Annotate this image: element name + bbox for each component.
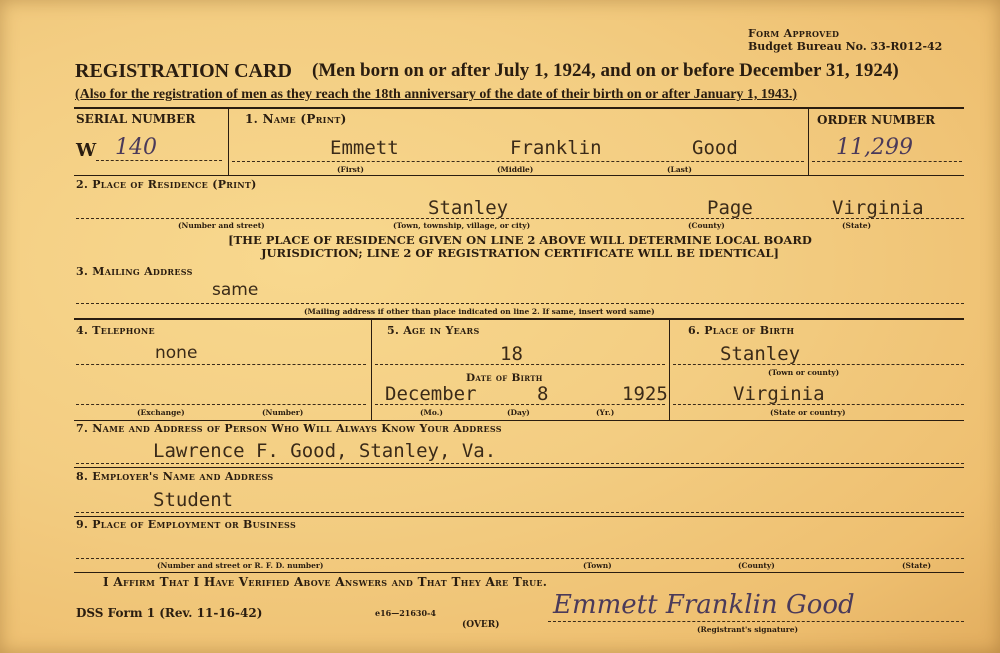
signature-line: [548, 621, 964, 622]
header-rule: [74, 107, 964, 109]
exchange-caption: (Exchange): [137, 408, 185, 417]
form-id: DSS Form 1 (Rev. 11-16-42): [76, 606, 262, 620]
registrant-signature: Emmett Franklin Good: [553, 590, 855, 620]
row-rule: [74, 175, 964, 176]
mailing-caption: (Mailing address if other than place ind…: [304, 307, 655, 316]
employment-street-caption: (Number and street or R. F. D. number): [157, 561, 323, 570]
form-approved-label: Form Approved: [748, 28, 839, 40]
row-rule: [74, 516, 964, 517]
divider: [808, 108, 809, 175]
residence-town-value: Stanley: [428, 197, 508, 219]
jurisdiction-notice-line2: JURISDICTION; LINE 2 OF REGISTRATION CER…: [140, 247, 900, 260]
affirmation-text: I Affirm That I Have Verified Above Answ…: [103, 575, 547, 589]
contact-person-label: 7. Name and Address of Person Who Will A…: [76, 422, 502, 435]
order-number-label: ORDER NUMBER: [817, 113, 935, 127]
birth-day-value: 8: [537, 383, 548, 405]
middle-caption: (Middle): [497, 165, 533, 174]
row-rule: [74, 572, 964, 573]
mailing-field-line: [76, 303, 964, 304]
age-field-line: [375, 364, 665, 365]
birth-state-value: Virginia: [733, 383, 825, 405]
employment-town-caption: (Town): [583, 561, 612, 570]
telephone-number-line: [76, 404, 366, 405]
card-title: REGISTRATION CARD: [75, 60, 292, 83]
birth-state-line: [673, 404, 964, 405]
serial-prefix: W: [76, 140, 96, 161]
employment-field-line: [76, 558, 964, 559]
employment-place-label: 9. Place of Employment or Business: [76, 518, 296, 531]
year-caption: (Yr.): [596, 408, 614, 417]
employer-label: 8. Employer's Name and Address: [76, 470, 273, 483]
telephone-value: none: [155, 343, 197, 363]
number-caption: (Number): [262, 408, 303, 417]
serial-number-label: SERIAL NUMBER: [76, 112, 195, 126]
over-label: (OVER): [462, 620, 500, 630]
card-title-scope: (Men born on or after July 1, 1924, and …: [312, 60, 899, 82]
birth-town-line: [673, 364, 964, 365]
serial-number-value: 140: [115, 135, 157, 160]
card-subtitle: (Also for the registration of men as the…: [75, 87, 797, 103]
employment-county-caption: (County): [738, 561, 775, 570]
date-of-birth-label: Date of Birth: [466, 372, 543, 384]
age-label: 5. Age in Years: [387, 324, 480, 337]
employment-state-caption: (State): [902, 561, 931, 570]
row-rule: [74, 467, 964, 468]
telephone-field-line: [76, 364, 366, 365]
contact-person-value: Lawrence F. Good, Stanley, Va.: [153, 440, 496, 462]
residence-state-value: Virginia: [832, 197, 924, 219]
town-caption: (Town, township, village, or city): [393, 221, 530, 230]
age-value: 18: [500, 343, 523, 365]
middle-name-value: Franklin: [510, 137, 602, 159]
signature-caption: (Registrant's signature): [697, 625, 798, 634]
name-field-line: [232, 161, 804, 162]
mailing-address-label: 3. Mailing Address: [76, 265, 193, 278]
last-caption: (Last): [667, 165, 692, 174]
row-rule: [74, 318, 964, 320]
registration-card: Form Approved Budget Bureau No. 33-R012-…: [0, 0, 1000, 653]
telephone-label: 4. Telephone: [76, 324, 155, 337]
contact-field-line: [76, 463, 964, 464]
dob-field-line: [375, 404, 665, 405]
employer-field-line: [76, 512, 964, 513]
order-number-value: 11,299: [836, 135, 913, 160]
birth-town-value: Stanley: [720, 343, 800, 365]
employer-value: Student: [153, 489, 233, 511]
budget-bureau-number: Budget Bureau No. 33-R012-42: [748, 40, 942, 53]
residence-label: 2. Place of Residence (Print): [76, 178, 257, 191]
month-caption: (Mo.): [420, 408, 443, 417]
street-caption: (Number and street): [178, 221, 265, 230]
birth-year-value: 1925: [622, 383, 668, 405]
mailing-address-value: same: [212, 280, 258, 300]
divider: [371, 320, 372, 420]
divider: [228, 108, 229, 175]
day-caption: (Day): [507, 408, 530, 417]
print-code: e16—21630-4: [375, 608, 436, 618]
county-caption: (County): [688, 221, 725, 230]
order-field-line: [812, 161, 962, 162]
birth-town-caption: (Town or county): [768, 368, 839, 377]
last-name-value: Good: [692, 137, 738, 159]
serial-field-line: [96, 160, 222, 161]
place-of-birth-label: 6. Place of Birth: [688, 324, 794, 337]
divider: [669, 320, 670, 420]
birth-month-value: December: [385, 383, 477, 405]
row-rule: [74, 420, 964, 421]
state-caption: (State): [842, 221, 871, 230]
residence-county-value: Page: [707, 197, 753, 219]
birth-state-caption: (State or country): [770, 408, 846, 417]
first-caption: (First): [337, 165, 364, 174]
first-name-value: Emmett: [330, 137, 399, 159]
name-label: 1. Name (Print): [245, 112, 347, 126]
residence-field-line: [76, 218, 964, 219]
